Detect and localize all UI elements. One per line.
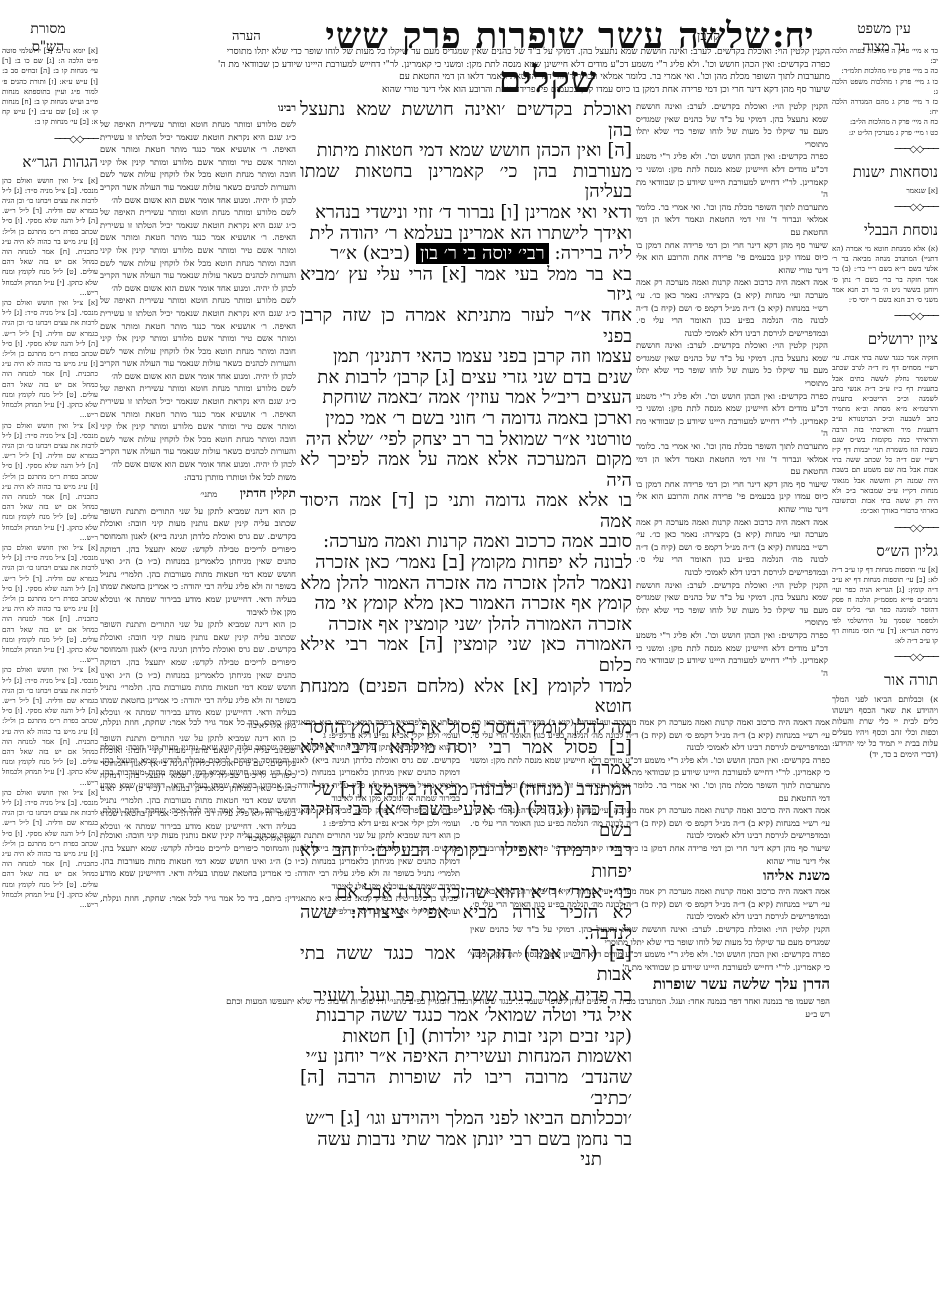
top-commentary: הקנין קלטין הוי: ואוכלת בקדשים. לערב: וא… [100,46,830,96]
main-line: לבונה לא יפחות מקומץ [ב] נאמר׳ כאן אזכרה [300,553,632,574]
ein-mishpat-entry: כח ה מיי׳ פרק ה מהלכות הל״ב: [832,117,938,127]
main-line: אזכרה האמורה להלן ׳שני קומצין אף אזכרה [300,615,632,636]
main-line: שנים בדם שני גזרי עצים [ג] קרבן׳ לרבות א… [300,368,632,389]
commentary-text: מתערבות לתוך השופר מכלת מהן וכו'. ואי אמ… [636,440,828,478]
left-margin-column: [א] יומא נה ב: [ב] ירושלמי סוטה פ״ט הלכה… [2,46,98,910]
commentary-text: מתערבות לתוך השופר מכלת מהן וכו'. ואי אמ… [636,201,828,239]
torah-or-text: א) וכבלותם הביאו לפני המלך ויהוידע את שא… [832,694,938,760]
ein-mishpat-entry: כה ב מיי׳ פרק ט״ו מהלכות תלמ״ד: [832,66,938,76]
main-line: האמורה כאן שני קומצין [ה] אמר רבי אילא כ… [300,635,632,676]
bavli-text: (א) אלא ממנחת חוטא מי אמרה (הא דתניי) המ… [832,244,938,305]
lower-text: יפכיתו כן כלפריטית בפרק קמא: מביא כ״א מת… [100,716,460,741]
main-line: וארכן באמה גדומה ר׳ חוני בשם ר׳ אמי כמין [300,409,632,430]
ein-mishpat-entry: כט ו מיי׳ פרק ג מערכין הל״ט יג: [832,128,938,138]
top-commentary-line: הקנין קלטין הוי: ואוכלת בקדשים. לערב: וא… [100,46,830,59]
right-margin-column: כד א מיי׳ פרק ה מהלכות כפרה הלכה יב: כה … [832,46,938,760]
gra-text: [א] צ״ל ואין חושש ואולם כהן מנכסי. [ב] צ… [2,665,98,787]
lower-text: אמה דאמה היה כרכוב ואמה קרנות ואמה מערכה… [470,804,830,842]
mesorat-text: [א] יומא נה ב: [ב] ירושלמי סוטה פ״ט הלכה… [2,46,98,128]
main-line: ׳וככלותם הביאו לפני המלך ויהוידע וגו׳ [ג… [300,1109,632,1130]
tziyun-text: חזקיה אמר כנגד ששה בתי אבות. עי׳ רש״י מס… [832,353,938,516]
commentary-text: כפרה בקדשים: ואין הכהן חושש וכו'. ולא פל… [636,390,828,440]
main-line: ליה ברירה: רבי׳ יוסה בי ר׳ בון (ביבא) א״… [300,244,632,265]
bottom-footer: רש ב״ע [100,1008,830,1021]
rabbeinu-text: לשם מלורע ומותר מנחת חוטא ומותר עשירית ה… [100,206,296,294]
main-line: ודאי ואי אמרינן [ו] נברור ד׳ זוזי ונישדי… [300,203,632,224]
commentary-text: כפרה בקדשים: ואין הכהן חושש וכו'. ולא פל… [636,629,828,679]
lower-text: מתערבות לתוך השופר מכלת מהן וכו'. ואי אמ… [470,779,830,804]
nuschaot-title: נוסחאות ישנות [832,162,938,182]
lower-text: כן הוא דינה שמביא לתקן על שני התורים ותת… [100,741,460,804]
lower-text: יפכיתו כן כלפריטית בפרק קמא: מביא כ״א מת… [100,804,460,829]
takanot-sub: מתני׳ [200,489,217,499]
top-commentary-line: מתערבות לתוך השופר מכלת מהן וכו'. ואי אמ… [100,71,830,84]
ornament-divider: ───◇◇─── [832,523,938,535]
ein-mishpat-entry: כז ד מיי׳ פרק ג מהם המגדרה הלכה יח: [832,97,938,117]
takanot-title: תקלין חדתין [240,486,296,500]
highlighted-phrase: רבי׳ יוסה בי ר׳ בון [416,243,549,264]
commentary-text: הקנין קלטין הוי: ואוכלת בקדשים. לערב: וא… [636,339,828,389]
main-line: בא בר ממל בעי אמר [א] הרי עלי עץ ׳מביא ג… [300,265,632,306]
rabbeinu-text: לשם מלורע ומותר מנחת חוטא ומותר עשירית ה… [100,382,296,470]
main-line: ואשמות המנחות ועשירית האיפה א״ר יוחנן ע״… [300,1047,632,1068]
gra-text: [א] צ״ל ואין חושש ואולם כהן מנכסי. [ב] צ… [2,176,98,298]
main-line: עצמו וזה קרבן בפני עצמו כהאי דתנינן׳ תמן [300,347,632,368]
main-line: [ה] ואין הכהן חושש שמא דמי חטאות מיתות [300,141,632,162]
rabbeinu-text: לשם מלורע ומותר מנחת חוטא ומותר עשירית ה… [100,294,296,382]
commentary-text: הקנין קלטין הוי: ואוכלת בקדשים. לערב: וא… [636,579,828,629]
main-line: תני [300,1150,632,1171]
ornament-divider: ───◇◇─── [832,144,938,156]
main-line-part: ליה ברירה: [554,243,632,264]
hadran-title: הדרן עלך שלשה עשר שופרות [100,973,830,995]
gra-text: [א] צ״ל ואין חושש ואולם כהן מנכסי. [ב] צ… [2,543,98,665]
main-line: ואוכלת בקדשים ׳ואינה חוששת שמא נתעצל בהן [300,100,632,141]
takanot-intro: משות לכל אלו וטותרו מותרן נדבה: [100,471,296,484]
main-line: מקום המערכה אלא אמה על אמה לפיכך לא היה [300,450,632,491]
main-line: ונאמר להלן אזכרה מה אזכרה האמור להלן מלא [300,574,632,595]
top-commentary-line: כפרה בקדשים: ואין הכהן חושש וכו'. ולא פל… [100,59,830,72]
lower-text: כפרה בקדשים: ואין הכהן חושש וכו'. ולא פל… [470,948,830,973]
gilyon-title: גליון הש״ס [832,541,938,561]
commentary-text: הקנין קלטין הוי: ואוכלת בקדשים. לערב: וא… [636,100,828,150]
main-line: (קני זבים וקני זבות קני יולדות) [ו] חטאו… [300,1027,632,1048]
commentary-text: אמה דאמה היה כרכוב ואמה קרנות ואמה מערכה… [636,276,828,339]
ornament-divider: ───◇◇─── [2,134,98,146]
main-line: למדו לקומץ [א] אלא (מלחם הפנים) ממנחת חו… [300,677,632,718]
main-line: טורטני א״ר שמואל בר רב יצחק לפי׳ ׳שלא הי… [300,430,632,451]
main-line: בו אלא אמה גדומה ותני כן [ד] אמה היסוד א… [300,491,632,532]
mid-right-commentary: הקנין קלטין הוי: ואוכלת בקדשים. לערב: וא… [636,100,828,679]
takanot-heading: תקלין חדתין מתני׳ [100,487,296,501]
lower-text: אמה דאמה היה כרכוב ואמה קרנות ואמה מערכה… [470,885,830,923]
nuschaot-text: [א] שנאמר [832,186,938,196]
bottom-text: הפר שעמו פר בנמנה ואחד דפר בנמנה אחד: וע… [100,995,830,1008]
takanot-text: כן הוא דינה שמביא לתקן על שני התורים ותת… [100,618,296,731]
ornament-divider: ───◇◇─── [832,202,938,214]
gilyon-text: [א] עי׳ תוספות מנחות דף קו ע״ב ד״ה לא: [… [832,565,938,647]
main-line: סובב אמה כרכוב ואמה קרנות ואמה מערכה: [300,532,632,553]
lower-text: יפכיתו כן כלפריטית בפרק קמא: מביא כ״א מת… [100,892,460,917]
lower-text: כפרה בקדשים: ואין הכהן חושש וכו'. ולא פל… [470,754,830,779]
lower-commentary-block: אמה דאמה היה כרכוב ואמה קרנות ואמה מערכה… [100,716,830,1020]
main-line: העצים ריב״ל אמר עוזין׳ אמה ׳באמה שוחקת [300,388,632,409]
gra-text: [א] צ״ל ואין חושש ואולם כהן מנכסי. [ב] צ… [2,298,98,420]
main-line: ואידך לישתרו הא אמרינן בעלמא ר׳ יהודה לי… [300,224,632,245]
lower-text: הקנין קלטין הוי: ואוכלת בקדשים. לערב: וא… [470,923,830,948]
gra-text: [א] צ״ל ואין חושש ואולם כהן מנכסי. [ב] צ… [2,421,98,543]
lower-left-column: יפכיתו כן כלפריטית בפרק קמא: מביא כ״א מת… [100,716,460,973]
torah-or-title: תורה אור [832,670,938,690]
top-commentary-line: שיעור סף מהן דקא דינר חרי וכן דמי פרידה … [100,84,830,97]
main-line: אחד א״ר לעזר מתניתא אמרה כן שזה קרבן בפנ… [300,306,632,347]
lower-text: שיעור סף מהן דקא דינר חרי וכן דמי פרידה … [470,842,830,867]
bavli-title: נוסחת הבבלי [832,220,938,240]
commentary-text: אמה דאמה היה כרכוב ואמה קרנות ואמה מערכה… [636,516,828,579]
lower-text: אמה דאמה היה כרכוב ואמה קרנות ואמה מערכה… [470,716,830,754]
takanot-text: כן הוא דינה שמביא לתקן על שני התורים ותת… [100,505,296,618]
mishna-eliyahu-title: משנת אליהו [470,867,830,885]
rabbeinu-title: רבינו [100,102,296,116]
main-line: בר נחמן בשם רבי יונתן אמר שתי נדבות עשה [300,1130,632,1151]
ornament-divider: ───◇◇─── [832,652,938,664]
lower-text: כן הוא דינה שמביא לתקן על שני התורים ותת… [100,829,460,892]
ein-mishpat-entry: כו ג מיי׳ פרק ז מהלכות משפט הלכה ג: [832,77,938,97]
gra-title: הגהות הגר״א [2,152,98,172]
main-line-part: (ביבא) א״ר [330,243,410,264]
main-line: קומץ אף אזכרה האמור כאן מלא קומץ אי מה [300,594,632,615]
lower-right-column: אמה דאמה היה כרכוב ואמה קרנות ואמה מערכה… [470,716,830,973]
main-line: מעורבות בהן כי׳ קאמרינן בחטאות שמתו בעלי… [300,162,632,203]
gra-text: [א] צ״ל ואין חושש ואולם כהן מנכסי. [ב] צ… [2,788,98,910]
ein-mishpat-entry: כד א מיי׳ פרק ה מהלכות כפרה הלכה יב: [832,46,938,66]
ornament-divider: ───◇◇─── [832,311,938,323]
commentary-text: שיעור סף מהן דקא דינר חרי וכן דמי פרידה … [636,239,828,277]
commentary-text: שיעור סף מהן דקא דינר חרי וכן דמי פרידה … [636,478,828,516]
tziyun-title: ציון ירושלים [832,329,938,349]
haara-label: הערה [232,28,261,44]
commentary-text: כפרה בקדשים: ואין הכהן חושש וכו'. ולא פל… [636,150,828,200]
main-line: שהנדב׳ מרובה ריבו לה שופרות הרבה [ה] ׳כת… [300,1068,632,1109]
rabbeinu-text: לשם מלורע ומותר מנחת חוטא ומותר עשירית ה… [100,118,296,206]
